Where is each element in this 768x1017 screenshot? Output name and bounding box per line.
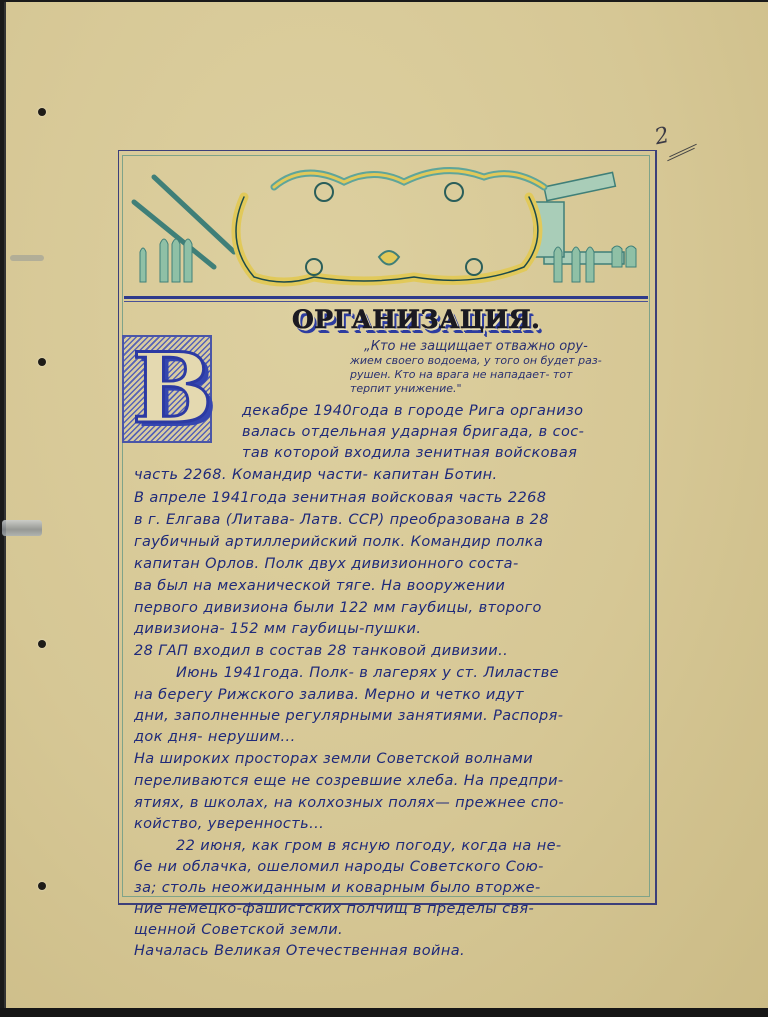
body-line: В апреле 1941года зенитная войсковая час…: [134, 490, 546, 506]
punch-hole: [38, 882, 46, 890]
body-line: декабре 1940года в городе Рига организо: [242, 403, 583, 419]
scan-edge: [0, 1008, 768, 1017]
body-line: док дня- нерушим...: [134, 729, 296, 745]
body-line: капитан Орлов. Полк двух дивизионного со…: [134, 556, 519, 572]
header-rule: [124, 296, 648, 299]
body-line: На широких просторах земли Советской вол…: [134, 751, 533, 767]
body-line: 22 июня, как гром в ясную погоду, когда …: [176, 838, 562, 854]
body-line: часть 2268. Командир части- капитан Боти…: [134, 467, 498, 483]
body-line: тав которой входила зенитная войсковая: [242, 445, 577, 461]
body-line: первого дивизиона были 122 мм гаубицы, в…: [134, 600, 542, 616]
body-line: дни, заполненные регулярными занятиями. …: [134, 708, 563, 724]
body-line: щенной Советской земли.: [134, 922, 343, 938]
body-line: гаубичный артиллерийский полк. Командир …: [134, 534, 543, 550]
body-line: койствo, уверенность...: [134, 816, 324, 832]
body-line: ятиях, в школах, на колхозных полях— пре…: [134, 795, 564, 811]
body-line: Началась Великая Отечественная война.: [134, 943, 465, 959]
punch-hole: [38, 108, 46, 116]
ornament-header-illustration: [124, 157, 648, 287]
illuminated-drop-cap: В: [122, 335, 212, 443]
baroque-cartouche-icon: [236, 171, 544, 282]
artillery-shells-left-icon: [140, 239, 192, 282]
body-line: ва был на механической тяге. На вооружен…: [134, 578, 505, 594]
epigraph-line: терпит унижение.": [350, 382, 640, 396]
body-line: Июнь 1941года. Полк- в лагерях у ст. Лил…: [176, 665, 559, 681]
staple-mark: [10, 255, 44, 261]
epigraph-quote: „Кто не защищает отважно ору- жием своег…: [350, 340, 640, 396]
paper-clip-mark: [2, 520, 42, 536]
body-line: за; столь неожиданным и коварным было вт…: [134, 880, 541, 896]
epigraph-line: „Кто не защищает отважно ору-: [350, 340, 640, 354]
body-line: 28 ГАП входил в состав 28 танковой дивиз…: [134, 643, 508, 659]
body-line: ние немецко-фашистских полчищ в пределы …: [134, 901, 534, 917]
body-line: дивизиона- 152 мм гаубицы-пушки.: [134, 621, 421, 637]
punch-hole: [38, 358, 46, 366]
punch-hole: [38, 640, 46, 648]
header-rule-thin: [124, 301, 648, 302]
epigraph-line: рушен. Кто на врага не нападает- тот: [350, 368, 640, 382]
body-line: на берегу Рижского залива. Мерно и четко…: [134, 687, 524, 703]
page-title: ОРГАНИЗАЦИЯ.: [292, 305, 540, 334]
body-line: валась отдельная ударная бригада, в сос-: [242, 424, 584, 440]
body-line: переливаются еще не созревшие хлеба. На …: [134, 773, 564, 789]
epigraph-line: жием своего водоема, у того он будет раз…: [350, 354, 640, 368]
body-line: в г. Елгава (Литава- Латв. ССР) преобраз…: [134, 512, 549, 528]
drop-cap-letter: В: [132, 339, 204, 439]
body-line: бе ни облачка, ошеломил народы Советског…: [134, 859, 544, 875]
